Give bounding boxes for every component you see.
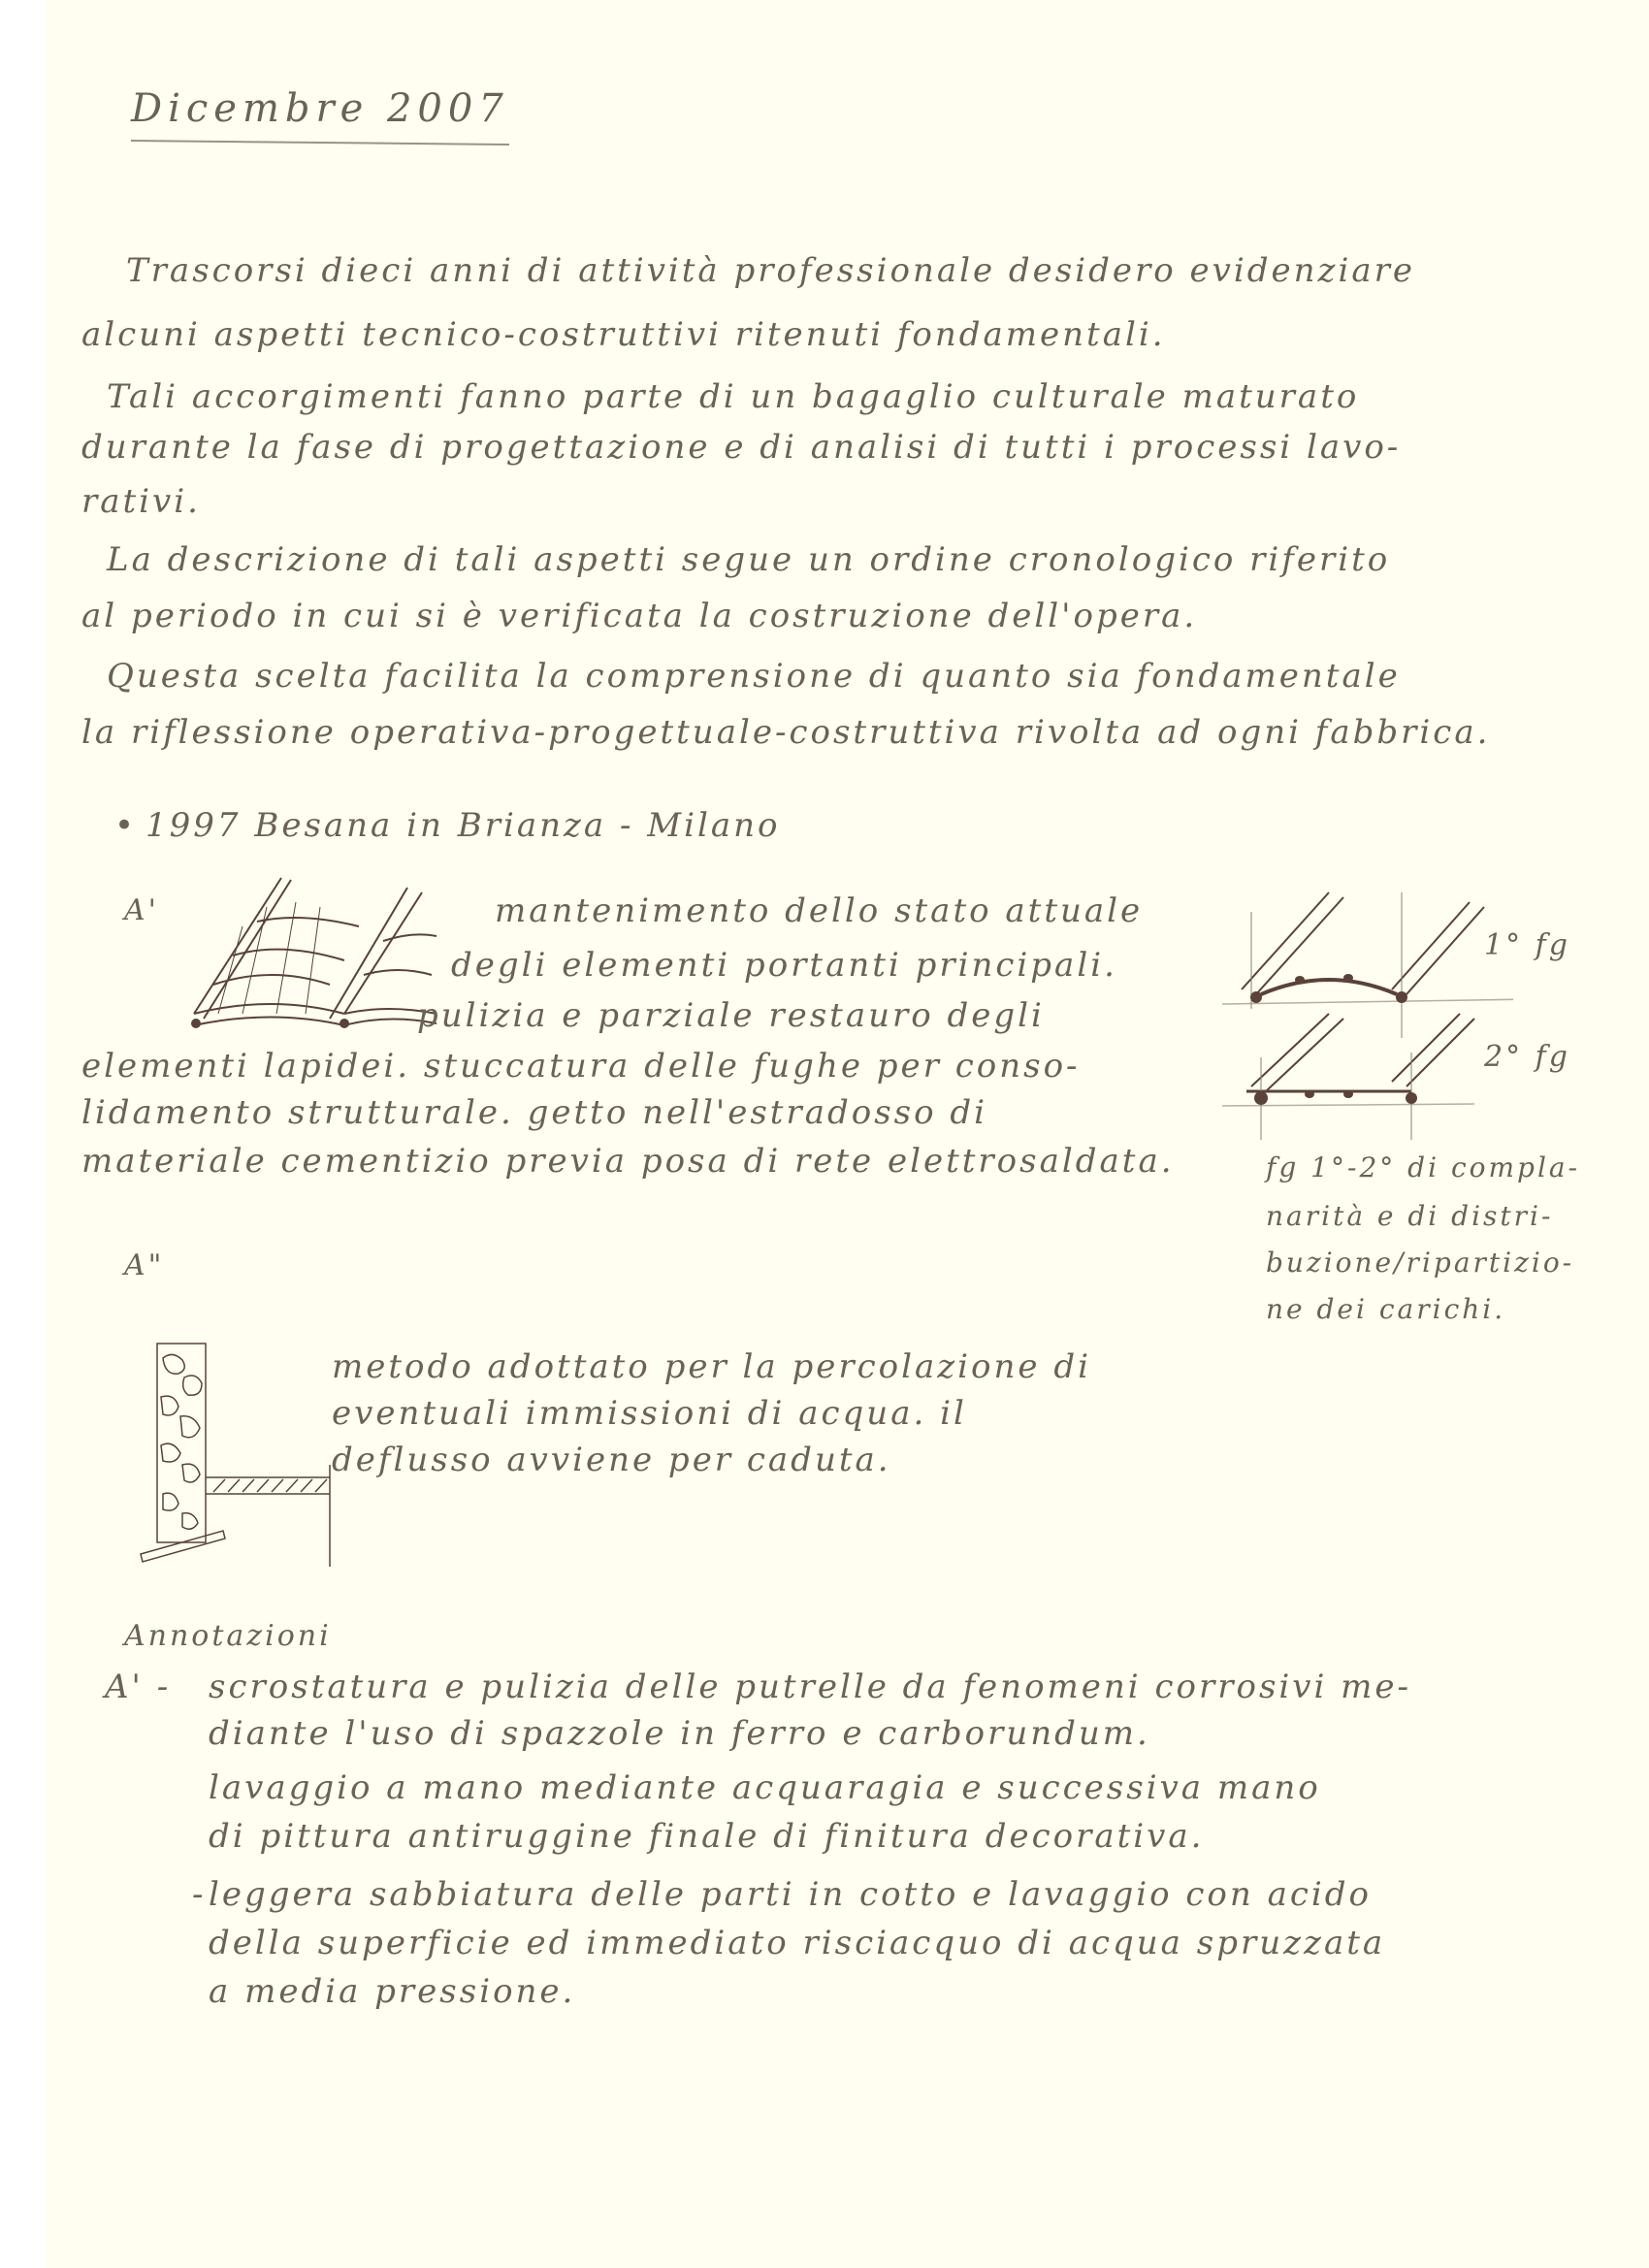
intro-line-8: Questa scelta facilita la comprensione d… [107, 660, 1401, 693]
intro-line-9: la riflessione operativa-progettuale-cos… [81, 716, 1490, 749]
side-caption-line-1: fg 1°-2° di compla- [1266, 1154, 1580, 1182]
side-sketch-label-1: 1° fg [1484, 931, 1570, 960]
intro-line-2: alcuni aspetti tecnico-costruttivi riten… [81, 318, 1166, 351]
annotation-2-line-3: a media pressione. [209, 1975, 575, 2008]
annotation-1-line-3: lavaggio a mano mediante acquaragia e su… [209, 1771, 1321, 1804]
section-a2-line-3: deflusso avviene per caduta. [332, 1443, 891, 1476]
section-a2-line-1: metodo adottato per la percolazione di [332, 1350, 1091, 1383]
section-a1-line-5: lidamento strutturale. getto nell'estrad… [81, 1096, 987, 1129]
side-caption-line-3: buzione/ripartizio- [1266, 1249, 1574, 1277]
annotation-1-line-2: diante l'uso di spazzole in ferro e carb… [209, 1717, 1150, 1750]
intro-line-1: Trascorsi dieci anni di attività profess… [126, 254, 1415, 287]
floor-slab-sketch-icon [1222, 873, 1513, 1145]
annotations-title: Annotazioni [124, 1622, 332, 1651]
section-a2-line-2: eventuali immissioni di acqua. il [332, 1397, 967, 1430]
side-caption-line-4: ne dei carichi. [1266, 1296, 1505, 1323]
page-date: Dicembre 2007 [131, 89, 509, 128]
side-sketch-label-2: 2° fg [1484, 1043, 1570, 1072]
project-title: 1997 Besana in Brianza - Milano [145, 809, 780, 842]
intro-line-7: al periodo in cui si è verificata la cos… [81, 599, 1197, 632]
section-a1-line-4: elementi lapidei. stuccatura delle fughe… [81, 1050, 1081, 1083]
section-a1-line-1: mantenimento dello stato attuale [495, 894, 1143, 927]
annotation-2-bullet: - [192, 1878, 207, 1911]
intro-line-5: rativi. [81, 485, 201, 518]
section-a1-label: A' [124, 896, 159, 925]
annotation-1-line-1: scrostatura e pulizia delle putrelle da … [209, 1670, 1411, 1703]
section-a1-line-2: degli elementi portanti principali. [451, 949, 1117, 982]
annotation-2-line-2: della superficie ed immediato risciacquo… [209, 1927, 1385, 1960]
annotations-label: A' - [105, 1670, 171, 1703]
side-caption-line-2: narità e di distri- [1266, 1203, 1553, 1230]
annotation-2-line-1: leggera sabbiatura delle parti in cotto … [209, 1878, 1372, 1911]
annotation-1-line-4: di pittura antiruggine finale di finitur… [209, 1820, 1204, 1853]
intro-line-4: durante la fase di progettazione e di an… [81, 431, 1401, 464]
section-a2-label: A" [124, 1251, 164, 1280]
project-bullet: • [114, 809, 137, 842]
intro-line-3: Tali accorgimenti fanno parte di un baga… [107, 380, 1359, 413]
section-a1-line-6: materiale cementizio previa posa di rete… [81, 1145, 1175, 1178]
intro-line-6: La descrizione di tali aspetti segue un … [107, 543, 1390, 576]
section-a1-line-3: pulizia e parziale restauro degli [417, 999, 1045, 1032]
